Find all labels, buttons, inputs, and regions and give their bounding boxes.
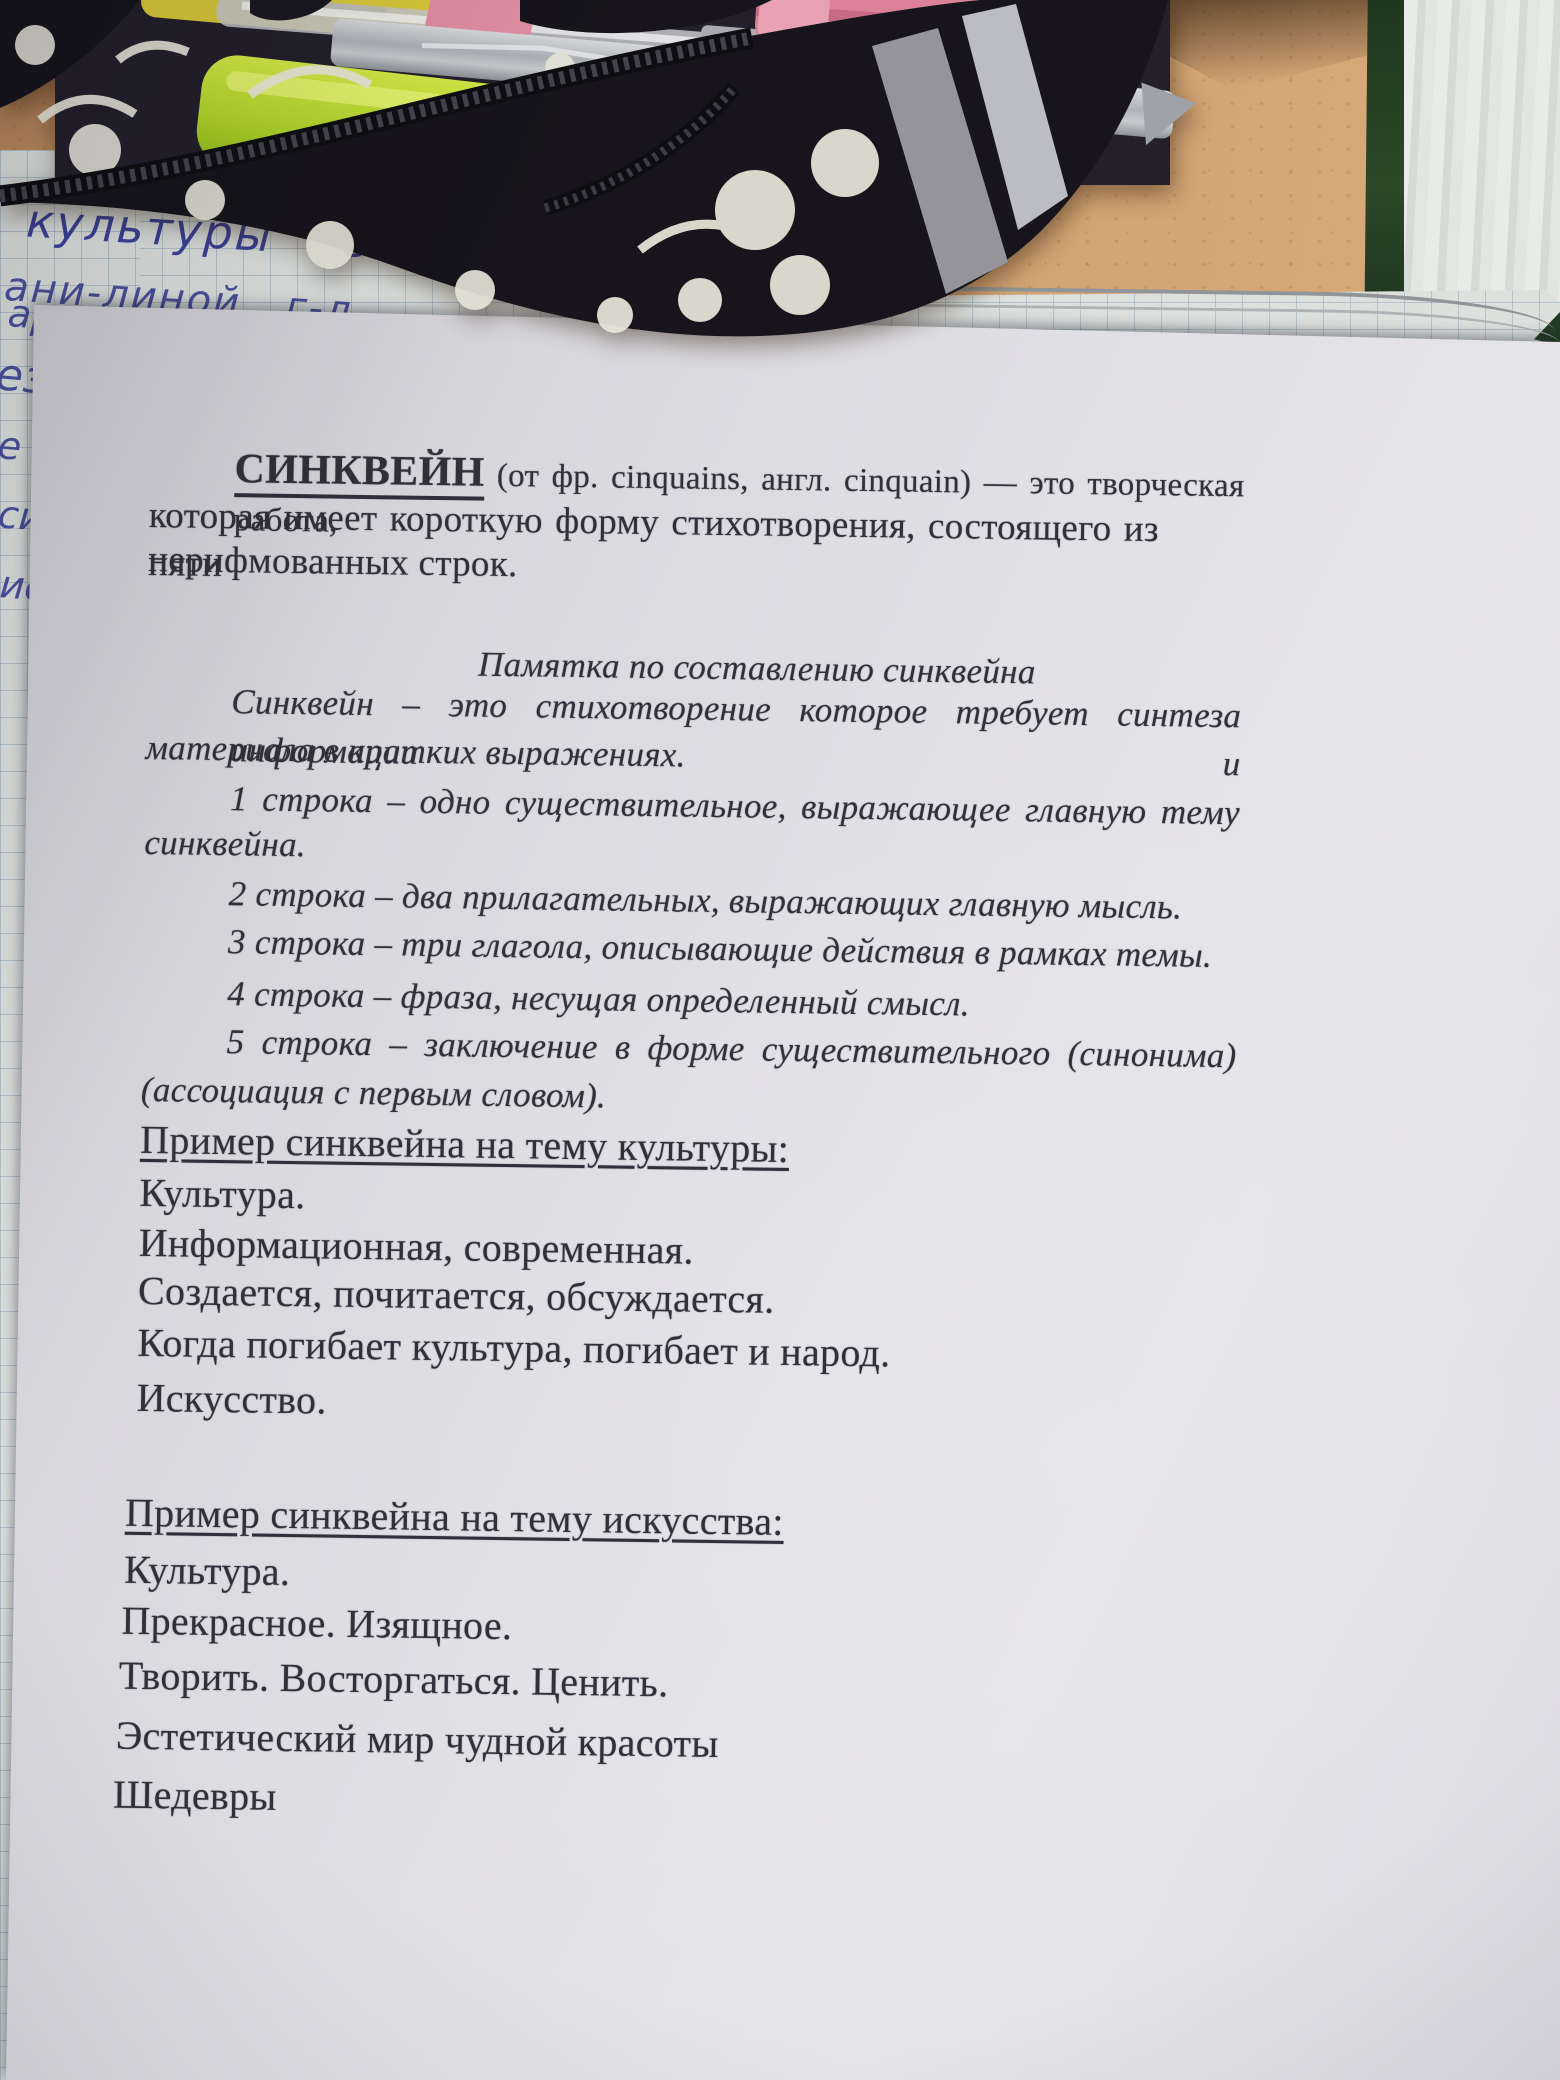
photo-scene: культуры составляет ани-линой г-л ар ез(… (0, 0, 1560, 2080)
pencil-case (0, 0, 1560, 400)
title-word: СИНКВЕЙН (234, 446, 485, 500)
